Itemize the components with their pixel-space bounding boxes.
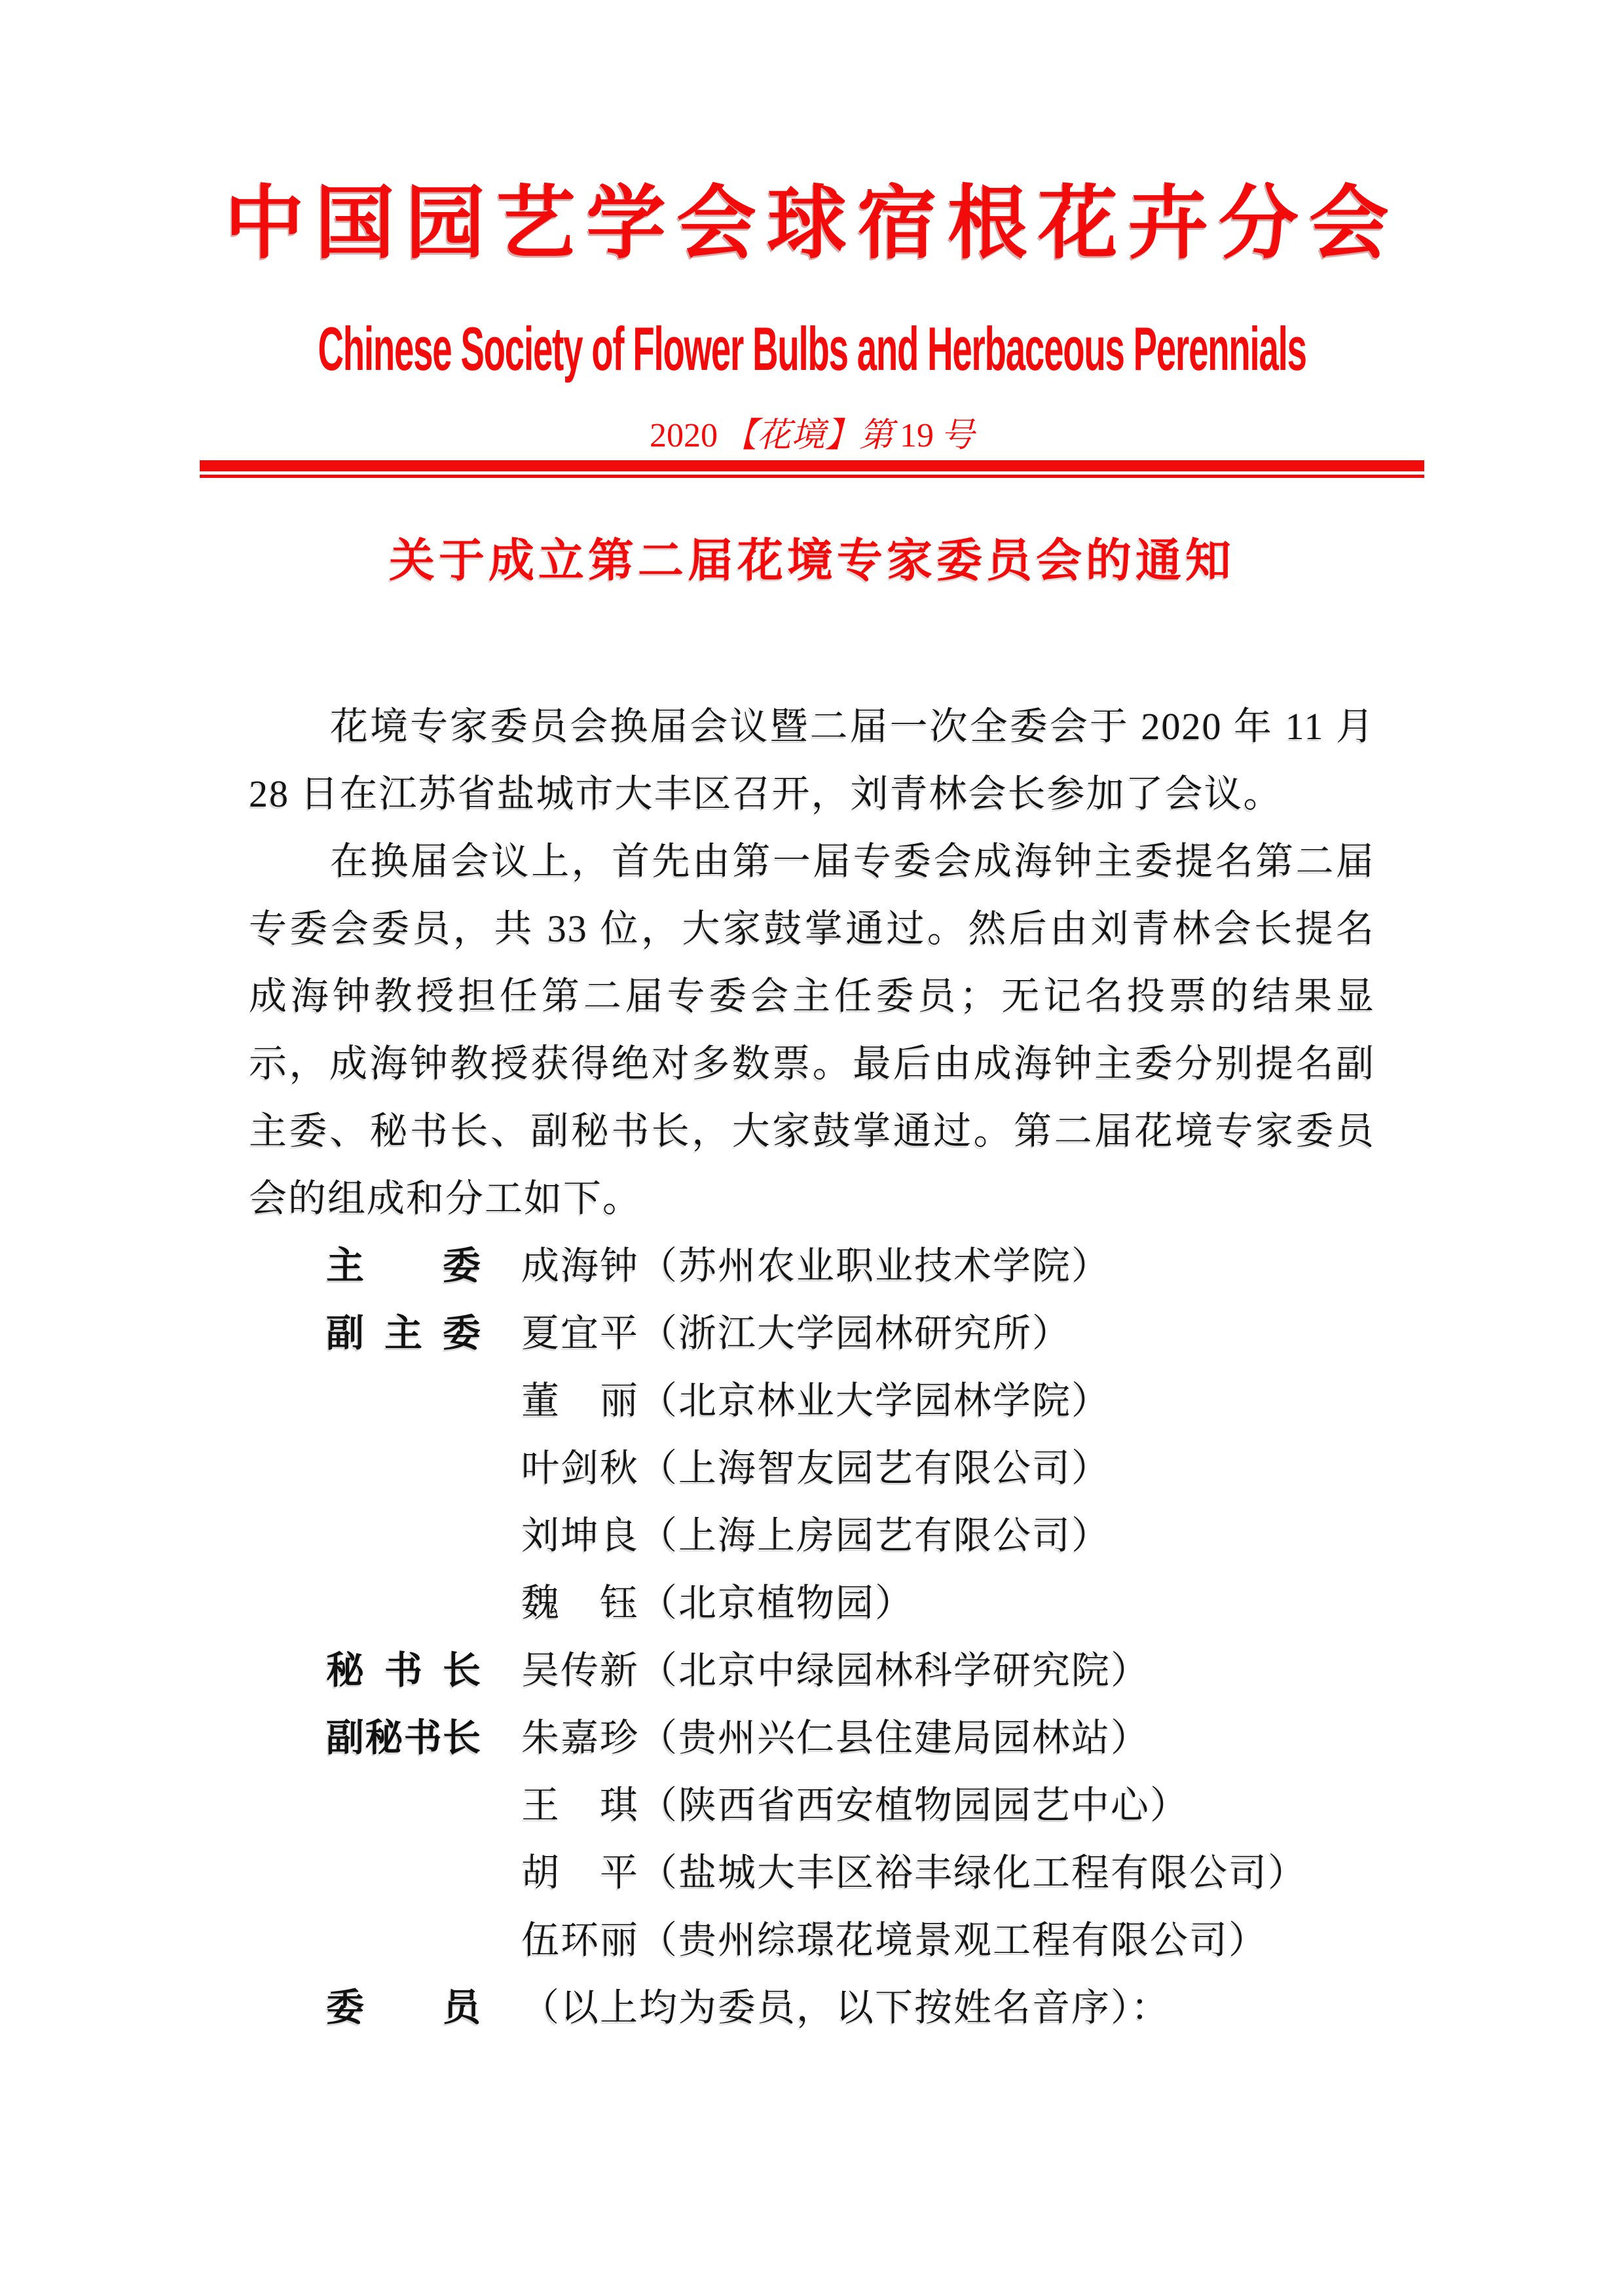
body-line: 示，成海钟教授获得绝对多数票。最后由成海钟主委分别提名副	[249, 1030, 1375, 1097]
committee-member: 董 丽（北京林业大学园林学院）	[521, 1367, 1111, 1434]
member-organization: （以上均为委员，以下按姓名音序）：	[521, 1986, 1170, 2029]
paragraph: 花境专家委员会换届会议暨二届一次全委会于 2020 年 11 月28 日在江苏省…	[249, 693, 1375, 828]
member-organization: （陕西省西安植物园园艺中心）	[639, 1784, 1189, 1827]
body-line: 会的组成和分工如下。	[249, 1165, 1375, 1232]
committee-role-label: 委员	[326, 1974, 481, 2041]
document-number: 2020【花境】第19号	[0, 416, 1624, 456]
document-page: 中国园艺学会球宿根花卉分会 Chinese Society of Flower …	[0, 0, 1624, 2296]
committee-member: 魏 钰（北京植物园）	[521, 1569, 914, 1637]
divider-thin-line	[200, 475, 1424, 478]
committee-row: 刘坤良（上海上房园艺有限公司）	[326, 1502, 1375, 1569]
member-name: 成海钟	[521, 1245, 639, 1287]
committee-list: 主委成海钟（苏州农业职业技术学院）副主委夏宜平（浙江大学园林研究所）董 丽（北京…	[249, 1232, 1375, 2041]
member-organization: （北京植物园）	[639, 1582, 914, 1624]
notice-body: 花境专家委员会换届会议暨二届一次全委会于 2020 年 11 月28 日在江苏省…	[249, 693, 1375, 2041]
body-line: 在换届会议上，首先由第一届专委会成海钟主委提名第二届	[249, 828, 1375, 895]
member-organization: （北京林业大学园林学院）	[639, 1379, 1111, 1422]
committee-row: 副主委夏宜平（浙江大学园林研究所）	[326, 1300, 1375, 1367]
doc-number-value: 19	[900, 417, 934, 454]
committee-member: 夏宜平（浙江大学园林研究所）	[521, 1300, 1071, 1367]
member-name: 刘坤良	[521, 1514, 639, 1557]
notice-title: 关于成立第二届花境专家委员会的通知	[0, 534, 1624, 587]
committee-row: 副秘书长朱嘉珍（贵州兴仁县住建局园林站）	[326, 1704, 1375, 1772]
member-organization: （盐城大丰区裕丰绿化工程有限公司）	[639, 1851, 1307, 1894]
committee-row: 叶剑秋（上海智友园艺有限公司）	[326, 1434, 1375, 1502]
committee-row: 秘书长吴传新（北京中绿园林科学研究院）	[326, 1637, 1375, 1704]
committee-role-label	[326, 1367, 481, 1434]
member-name: 董 丽	[521, 1379, 639, 1422]
member-name: 叶剑秋	[521, 1447, 639, 1489]
body-line: 成海钟教授担任第二届专委会主任委员；无记名投票的结果显	[249, 962, 1375, 1030]
committee-role-label	[326, 1772, 481, 1839]
paragraph: 在换届会议上，首先由第一届专委会成海钟主委提名第二届专委会委员，共 33 位，大…	[249, 828, 1375, 1232]
member-organization: （贵州综璟花境景观工程有限公司）	[639, 1919, 1268, 1961]
committee-role-label: 副秘书长	[326, 1704, 481, 1772]
body-paragraphs: 花境专家委员会换届会议暨二届一次全委会于 2020 年 11 月28 日在江苏省…	[249, 693, 1375, 1232]
member-name: 王 琪	[521, 1784, 639, 1827]
body-line: 花境专家委员会换届会议暨二届一次全委会于 2020 年 11 月	[249, 693, 1375, 760]
member-organization: （贵州兴仁县住建局园林站）	[639, 1717, 1150, 1759]
committee-member: 叶剑秋（上海智友园艺有限公司）	[521, 1434, 1111, 1502]
committee-role-label: 主委	[326, 1232, 481, 1300]
committee-role-label	[326, 1569, 481, 1637]
divider-thick-line	[200, 460, 1424, 471]
member-name: 吴传新	[521, 1649, 639, 1692]
committee-member: 成海钟（苏州农业职业技术学院）	[521, 1232, 1111, 1300]
committee-member: 朱嘉珍（贵州兴仁县住建局园林站）	[521, 1704, 1150, 1772]
committee-member: 胡 平（盐城大丰区裕丰绿化工程有限公司）	[521, 1839, 1307, 1906]
letterhead-divider	[200, 460, 1424, 478]
doc-number-label: 第	[859, 417, 893, 454]
member-organization: （上海智友园艺有限公司）	[639, 1447, 1111, 1489]
committee-role-label: 秘书长	[326, 1637, 481, 1704]
committee-row: 委员（以上均为委员，以下按姓名音序）：	[326, 1974, 1375, 2041]
committee-role-label	[326, 1839, 481, 1906]
member-organization: （苏州农业职业技术学院）	[639, 1245, 1111, 1287]
committee-row: 主委成海钟（苏州农业职业技术学院）	[326, 1232, 1375, 1300]
doc-number-suffix: 号	[940, 417, 974, 454]
member-organization: （上海上房园艺有限公司）	[639, 1514, 1111, 1557]
member-name: 伍环丽	[521, 1919, 639, 1961]
body-line: 28 日在江苏省盐城市大丰区召开，刘青林会长参加了会议。	[249, 760, 1375, 828]
org-name-english-row: Chinese Society of Flower Bulbs and Herb…	[0, 316, 1624, 382]
committee-member: （以上均为委员，以下按姓名音序）：	[521, 1974, 1170, 2041]
committee-row: 伍环丽（贵州综璟花境景观工程有限公司）	[326, 1906, 1375, 1974]
doc-number-year: 2020	[650, 417, 718, 454]
member-name: 朱嘉珍	[521, 1717, 639, 1759]
member-name: 夏宜平	[521, 1312, 639, 1355]
member-name: 胡 平	[521, 1851, 639, 1894]
member-organization: （北京中绿园林科学研究院）	[639, 1649, 1150, 1692]
member-organization: （浙江大学园林研究所）	[639, 1312, 1071, 1355]
org-name-chinese: 中国园艺学会球宿根花卉分会	[0, 182, 1624, 267]
committee-row: 胡 平（盐城大丰区裕丰绿化工程有限公司）	[326, 1839, 1375, 1906]
committee-role-label	[326, 1434, 481, 1502]
committee-member: 刘坤良（上海上房园艺有限公司）	[521, 1502, 1111, 1569]
org-name-english: Chinese Society of Flower Bulbs and Herb…	[318, 314, 1306, 384]
committee-role-label: 副主委	[326, 1300, 481, 1367]
doc-number-bracket: 【花境】	[723, 417, 859, 454]
member-name: 魏 钰	[521, 1582, 639, 1624]
committee-row: 董 丽（北京林业大学园林学院）	[326, 1367, 1375, 1434]
committee-role-label	[326, 1906, 481, 1974]
committee-row: 魏 钰（北京植物园）	[326, 1569, 1375, 1637]
committee-role-label	[326, 1502, 481, 1569]
body-line: 专委会委员，共 33 位，大家鼓掌通过。然后由刘青林会长提名	[249, 895, 1375, 962]
body-line: 主委、秘书长、副秘书长，大家鼓掌通过。第二届花境专家委员	[249, 1097, 1375, 1165]
committee-member: 吴传新（北京中绿园林科学研究院）	[521, 1637, 1150, 1704]
committee-member: 王 琪（陕西省西安植物园园艺中心）	[521, 1772, 1189, 1839]
committee-row: 王 琪（陕西省西安植物园园艺中心）	[326, 1772, 1375, 1839]
committee-member: 伍环丽（贵州综璟花境景观工程有限公司）	[521, 1906, 1268, 1974]
